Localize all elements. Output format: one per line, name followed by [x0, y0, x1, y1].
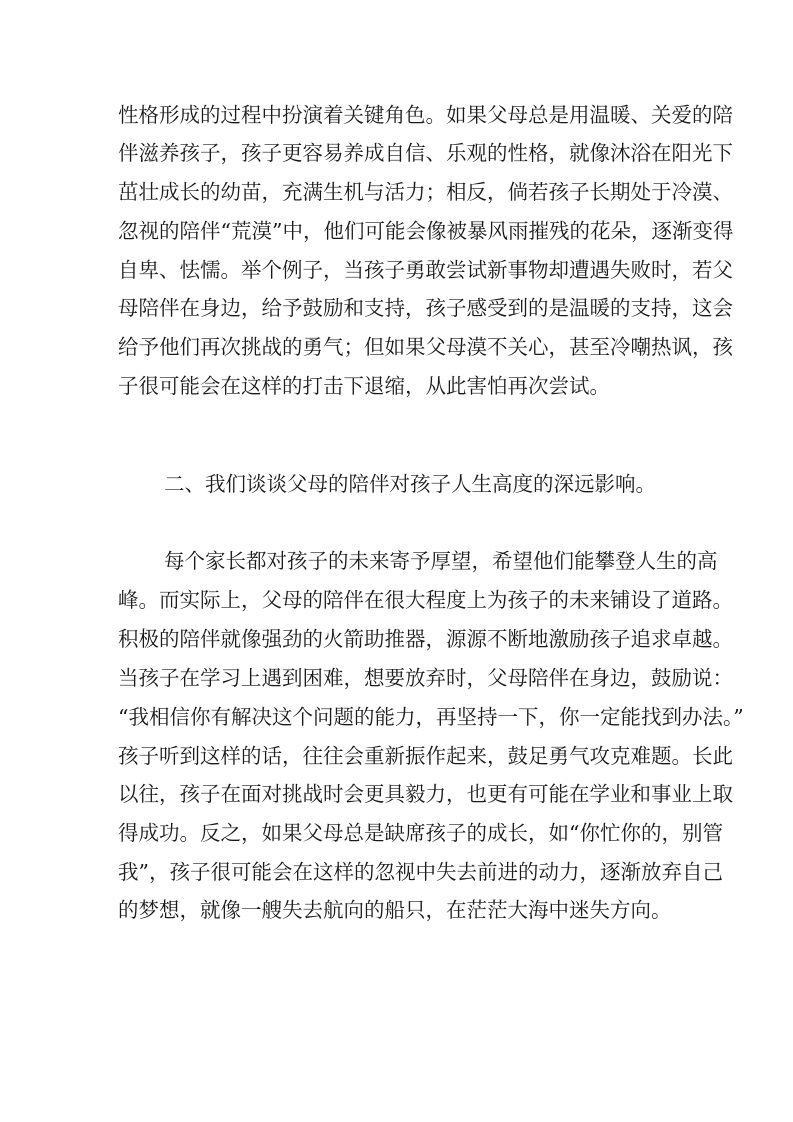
paragraph-line: 的梦想，就像一艘失去航向的船只，在茫茫大海中迷失方向。 [118, 891, 678, 930]
paragraph-line: 每个家长都对孩子的未来寄予厚望，希望他们能攀登人生的高 [164, 542, 678, 581]
document-page: 性格形成的过程中扮演着关键角色。如果父母总是用温暖、关爱的陪 伴滋养孩子，孩子更… [0, 0, 793, 1122]
paragraph-line: 当孩子在学习上遇到困难，想要放弃时，父母陪伴在身边，鼓励说： [118, 659, 678, 698]
section-heading: 二、我们谈谈父母的陪伴对孩子人生高度的深远影响。 [164, 465, 656, 504]
paragraph-line: 忽视的陪伴“荒漠”中，他们可能会像被暴风雨摧残的花朵，逐渐变得 [118, 212, 678, 251]
paragraph-line: 给予他们再次挑战的勇气；但如果父母漠不关心，甚至冷嘲热讽，孩 [118, 328, 678, 367]
paragraph-line: 以往，孩子在面对挑战时会更具毅力，也更有可能在学业和事业上取 [118, 775, 678, 814]
paragraph-line: 子很可能会在这样的打击下退缩，从此害怕再次尝试。 [118, 367, 678, 406]
paragraph-line: 峰。而实际上，父母的陪伴在很大程度上为孩子的未来铺设了道路。 [118, 581, 678, 620]
paragraph-line: 得成功。反之，如果父母总是缺席孩子的成长，如“你忙你的，别管 [118, 814, 678, 853]
paragraph-line: 茁壮成长的幼苗，充满生机与活力；相反，倘若孩子长期处于冷漠、 [118, 173, 678, 212]
paragraph-line: 积极的陪伴就像强劲的火箭助推器，源源不断地激励孩子追求卓越。 [118, 620, 678, 659]
paragraph-line: 母陪伴在身边，给予鼓励和支持，孩子感受到的是温暖的支持，这会 [118, 289, 678, 328]
paragraph-line: 自卑、怯懦。举个例子，当孩子勇敢尝试新事物却遭遇失败时，若父 [118, 251, 678, 290]
paragraph-line: 性格形成的过程中扮演着关键角色。如果父母总是用温暖、关爱的陪 [118, 96, 678, 135]
paragraph-line: 我”，孩子很可能会在这样的忽视中失去前进的动力，逐渐放弃自己 [118, 853, 678, 892]
paragraph-line: 孩子听到这样的话，往往会重新振作起来，鼓足勇气攻克难题。长此 [118, 737, 678, 776]
paragraph-line: “我相信你有解决这个问题的能力，再坚持一下，你一定能找到办法。” [118, 698, 678, 737]
paragraph-line: 伴滋养孩子，孩子更容易养成自信、乐观的性格，就像沐浴在阳光下 [118, 134, 678, 173]
